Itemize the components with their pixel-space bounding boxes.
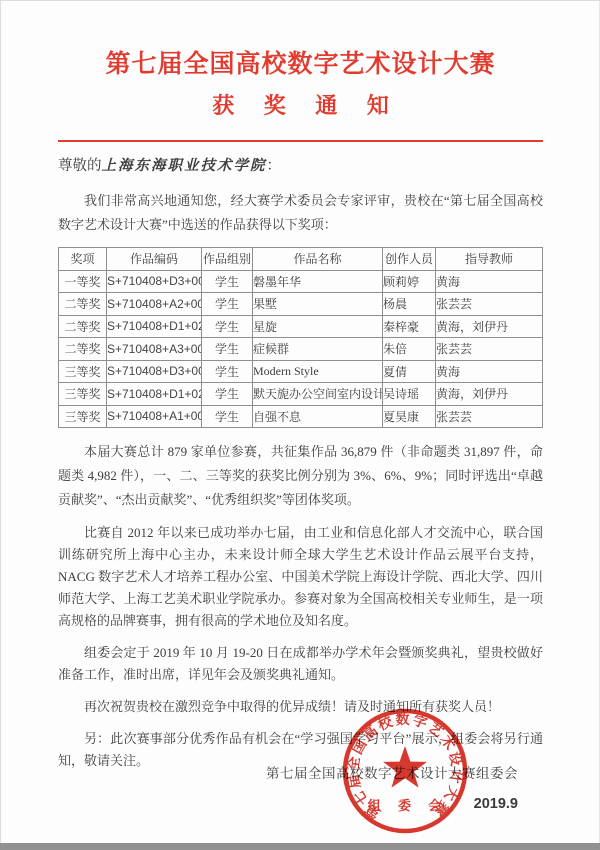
table-cell: 顾莉婷: [383, 270, 436, 293]
table-cell: Modern Style: [253, 360, 383, 383]
table-cell: 三等奖: [59, 383, 107, 406]
table-header-cell: 创作人员: [383, 248, 436, 271]
stamp-star-icon: [383, 746, 427, 788]
table-cell: 杨晨: [383, 293, 436, 316]
table-cell: 症候群: [253, 338, 383, 361]
table-cell: 学生: [202, 338, 253, 361]
table-header-cell: 作品组别: [202, 248, 253, 271]
paragraph-stats: 本届大赛总计 879 家单位参赛，共征集作品 36,879 件（非命题类 31,…: [58, 440, 543, 512]
table-cell: 张芸芸: [436, 338, 543, 361]
salutation-prefix: 尊敬的: [58, 158, 102, 174]
table-row: 三等奖S+710408+D3+003学生Modern Style夏倩黄海: [59, 360, 543, 383]
table-cell: S+710408+D1+022: [107, 383, 202, 406]
table-row: 二等奖S+710408+A3+002学生症候群朱倍张芸芸: [59, 338, 543, 361]
table-header-row: 奖项作品编码作品组别作品名称创作人员指导教师: [59, 248, 543, 271]
table-cell: S+710408+A3+002: [107, 338, 202, 361]
table-cell: 学生: [202, 360, 253, 383]
paragraph-ceremony: 组委会定于 2019 年 10 月 19-20 日在成都举办学术年会暨颁奖典礼，…: [58, 642, 543, 686]
table-cell: 张芸芸: [436, 293, 543, 316]
paragraph-history: 比赛自 2012 年以来已成功举办七届，由工业和信息化部人才交流中心，联合国训练…: [58, 522, 543, 632]
salutation-colon: ：: [267, 158, 282, 174]
table-cell: 朱倍: [383, 338, 436, 361]
table-cell: 学生: [202, 405, 253, 428]
awards-table-head: 奖项作品编码作品组别作品名称创作人员指导教师: [59, 248, 543, 271]
table-cell: 三等奖: [59, 405, 107, 428]
table-cell: 黄海，刘伊丹: [436, 315, 543, 338]
page-title: 第七届全国高校数字艺术设计大赛: [58, 48, 543, 80]
page-subtitle: 获 奖 通 知: [58, 92, 543, 120]
table-cell: S+710408+D1+025: [107, 315, 202, 338]
table-cell: 黄海，刘伊丹: [436, 383, 543, 406]
salutation-school-name: 上海东海职业技术学院: [102, 158, 267, 174]
table-row: 一等奖S+710408+D3+005学生磐墨年华顾莉婷黄海: [59, 270, 543, 293]
table-cell: 二等奖: [59, 315, 107, 338]
paragraph-intro: 我们非常高兴地通知您，经大赛学术委员会专家评审，贵校在“第七届全国高校数字艺术设…: [58, 189, 543, 237]
table-cell: 学生: [202, 383, 253, 406]
committee-stamp-icon: 第七届全国高校数字艺术设计大赛 组 委 会: [335, 701, 475, 841]
table-cell: S+710408+A1+001: [107, 405, 202, 428]
table-cell: S+710408+D3+005: [107, 270, 202, 293]
table-cell: 三等奖: [59, 360, 107, 383]
signature-date: 2019.9: [474, 796, 518, 812]
stamp-bottom-text: 组 委 会: [368, 798, 449, 813]
table-cell: 磐墨年华: [253, 270, 383, 293]
table-cell: 学生: [202, 315, 253, 338]
table-cell: 黄海: [436, 270, 543, 293]
table-row: 三等奖S+710408+D1+022学生默天旎办公空间室内设计吴诗瑶黄海，刘伊丹: [59, 383, 543, 406]
table-cell: 夏倩: [383, 360, 436, 383]
table-cell: 夏昊康: [383, 405, 436, 428]
table-cell: 黄海: [436, 360, 543, 383]
salutation: 尊敬的上海东海职业技术学院：: [58, 155, 543, 177]
table-cell: 果墅: [253, 293, 383, 316]
table-cell: 自强不息: [253, 405, 383, 428]
notice-page: 第七届全国高校数字艺术设计大赛 获 奖 通 知 尊敬的上海东海职业技术学院： 我…: [0, 0, 600, 850]
table-cell: 一等奖: [59, 270, 107, 293]
table-cell: 学生: [202, 293, 253, 316]
table-cell: 二等奖: [59, 293, 107, 316]
table-cell: 默天旎办公空间室内设计: [253, 383, 383, 406]
page-bottom-bar: [0, 843, 600, 850]
table-cell: S+710408+D3+003: [107, 360, 202, 383]
table-cell: 星旋: [253, 315, 383, 338]
awards-table-body: 一等奖S+710408+D3+005学生磐墨年华顾莉婷黄海二等奖S+710408…: [59, 270, 543, 428]
table-row: 二等奖S+710408+A2+001学生果墅杨晨张芸芸: [59, 293, 543, 316]
table-cell: 学生: [202, 270, 253, 293]
table-header-cell: 作品编码: [107, 248, 202, 271]
table-cell: 二等奖: [59, 338, 107, 361]
table-header-cell: 奖项: [59, 248, 107, 271]
table-cell: S+710408+A2+001: [107, 293, 202, 316]
table-cell: 秦梓豪: [383, 315, 436, 338]
table-header-cell: 作品名称: [253, 248, 383, 271]
table-cell: 吴诗瑶: [383, 383, 436, 406]
table-row: 二等奖S+710408+D1+025学生星旋秦梓豪黄海，刘伊丹: [59, 315, 543, 338]
table-header-cell: 指导教师: [436, 248, 543, 271]
divider-line: [58, 140, 543, 142]
notice-content: 第七届全国高校数字艺术设计大赛 获 奖 通 知 尊敬的上海东海职业技术学院： 我…: [0, 48, 600, 772]
awards-table: 奖项作品编码作品组别作品名称创作人员指导教师 一等奖S+710408+D3+00…: [58, 247, 543, 428]
table-cell: 张芸芸: [436, 405, 543, 428]
table-row: 三等奖S+710408+A1+001学生自强不息夏昊康张芸芸: [59, 405, 543, 428]
